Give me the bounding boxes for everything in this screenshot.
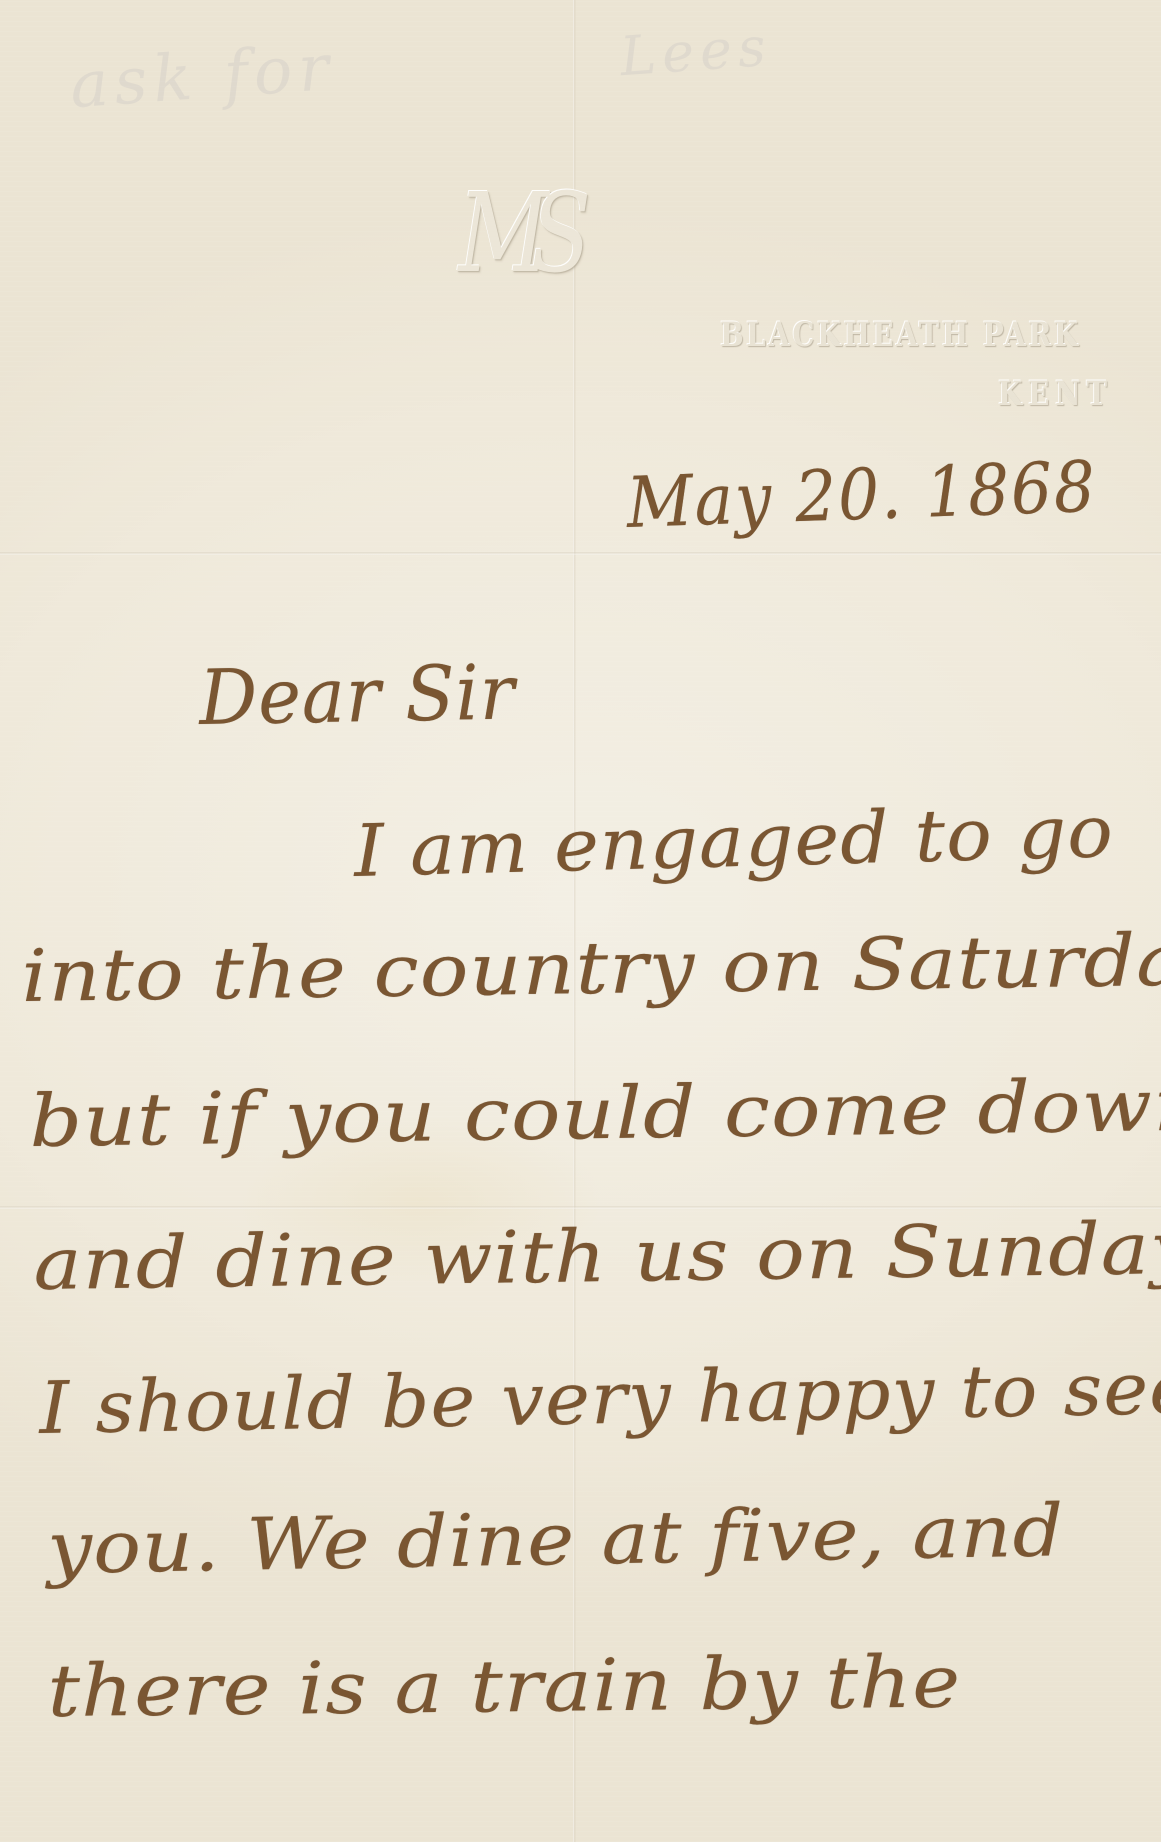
- letter-salutation: Dear Sir: [199, 655, 516, 736]
- letterhead-address-line-2: KENT: [998, 374, 1113, 414]
- letter-body-line: into the country on Saturday,: [21, 923, 1161, 1012]
- letter-page: ask for Lees MS BLACKHEATH PARK KENT May…: [0, 0, 1161, 1842]
- horizontal-fold-crease: [0, 552, 1161, 555]
- letter-body-line: and dine with us on Sunday: [33, 1212, 1161, 1300]
- letter-body-line: I should be very happy to see: [39, 1352, 1161, 1444]
- letter-body-line: but if you could come down: [29, 1069, 1161, 1157]
- embossed-monogram: MS: [435, 163, 597, 311]
- letter-body-line: you. We dine at five, and: [47, 1494, 1065, 1584]
- bleed-through-text: ask for: [68, 31, 337, 123]
- letter-body-line: there is a train by the: [47, 1645, 961, 1727]
- bleed-through-text: Lees: [618, 15, 774, 88]
- letterhead-address-line-1: BLACKHEATH PARK: [720, 315, 1081, 355]
- letter-date: May 20. 1868: [626, 452, 1098, 538]
- letter-body-line: I am engaged to go: [353, 795, 1115, 887]
- monogram-text: MS: [458, 169, 573, 297]
